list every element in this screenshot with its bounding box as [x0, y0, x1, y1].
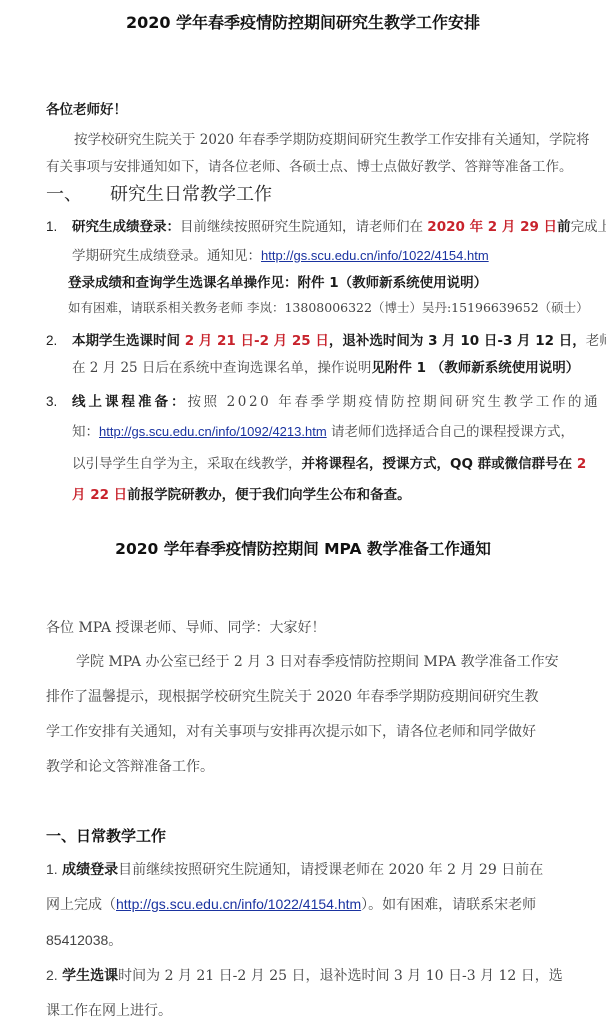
- deadline-highlight: 2020 年 2 月 29 日: [427, 219, 557, 235]
- contact-phone: 85412038。: [46, 930, 122, 950]
- greeting: 各位老师好！: [46, 98, 127, 118]
- list-item: 1. 成绩登录目前继续按照研究生院通知，请授课老师在 2020 年 2 月 29…: [46, 859, 543, 879]
- intro-paragraph-line: 按学校研究生院关于 2020 年春季学期防疫期间研究生教学工作安排有关通知，学院…: [74, 128, 589, 148]
- list-item-continuation: 学期研究生成绩登录。通知见：http://gs.scu.edu.cn/info/…: [72, 244, 489, 264]
- item-label: 成绩登录: [62, 862, 118, 878]
- section-heading: 一、日常教学工作: [46, 825, 166, 846]
- item-label: 学生选课: [62, 968, 118, 984]
- list-item-continuation: 网上完成（http://gs.scu.edu.cn/info/1022/4154…: [46, 894, 536, 914]
- item-label: 研究生成绩登录：: [72, 219, 180, 235]
- section-heading: 一、研究生日常教学工作: [46, 180, 272, 206]
- list-item: 2.本期学生选课时间 2 月 21 日-2 月 25 日，退补选时间为 3 月 …: [46, 329, 606, 349]
- attachment-note: 登录成绩和查询学生选课名单操作见：附件 1（教师新系统使用说明）: [68, 271, 487, 291]
- intro-paragraph-line: 学工作安排有关通知，对有关事项与安排再次提示如下，请各位老师和同学做好: [46, 721, 536, 741]
- document-title: 2020 学年春季疫情防控期间研究生教学工作安排: [0, 10, 606, 33]
- notice-link[interactable]: http://gs.scu.edu.cn/info/1092/4213.htm: [99, 424, 327, 439]
- list-item: 1.研究生成绩登录：目前继续按照研究生院通知，请老师们在 2020 年 2 月 …: [46, 215, 606, 235]
- list-item-continuation: 以引导学生自学为主，采取在线教学，并将课程名，授课方式，QQ 群或微信群号在 2: [72, 452, 586, 472]
- item-label: 线上课程准备：: [72, 394, 188, 410]
- date-highlight: 2 月 21 日-2 月 25 日: [185, 333, 329, 349]
- contact-info: 如有困难，请联系相关教务老师 李岚：13808006322（博士）吴丹:1519…: [68, 298, 589, 316]
- list-item-continuation: 知：http://gs.scu.edu.cn/info/1092/4213.ht…: [72, 420, 574, 440]
- intro-paragraph-line: 学院 MPA 办公室已经于 2 月 3 日对春季疫情防控期间 MPA 教学准备工…: [76, 651, 559, 671]
- intro-paragraph-line: 教学和论文答辩准备工作。: [46, 756, 214, 776]
- intro-paragraph-line: 有关事项与安排通知如下，请各位老师、各硕士点、博士点做好教学、答辩等准备工作。: [46, 155, 573, 175]
- deadline-highlight: 月 22 日: [72, 487, 127, 503]
- intro-paragraph-line: 排作了温馨提示，现根据学校研究生院关于 2020 年春季学期防疫期间研究生教: [46, 686, 539, 706]
- list-item-continuation: 月 22 日前报学院研教办，便于我们向学生公布和备查。: [72, 483, 411, 503]
- notice-link[interactable]: http://gs.scu.edu.cn/info/1022/4154.htm: [116, 896, 361, 912]
- section-title: 研究生日常教学工作: [110, 184, 272, 205]
- list-item-continuation: 在 2 月 25 日后在系统中查询选课名单，操作说明见附件 1 （教师新系统使用…: [72, 356, 579, 376]
- greeting: 各位 MPA 授课老师、导师、同学：大家好！: [46, 617, 325, 637]
- list-item-continuation: 课工作在网上进行。: [46, 1000, 172, 1020]
- section-number: 一、: [46, 184, 82, 205]
- document-title: 2020 学年春季疫情防控期间 MPA 教学准备工作通知: [0, 537, 606, 559]
- list-item: 2. 学生选课时间为 2 月 21 日-2 月 25 日，退补选时间 3 月 1…: [46, 965, 563, 985]
- notice-link[interactable]: http://gs.scu.edu.cn/info/1022/4154.htm: [261, 248, 489, 263]
- list-item: 3.线上课程准备：按照 2020 年春季学期疫情防控期间研究生教学工作的通: [46, 390, 600, 410]
